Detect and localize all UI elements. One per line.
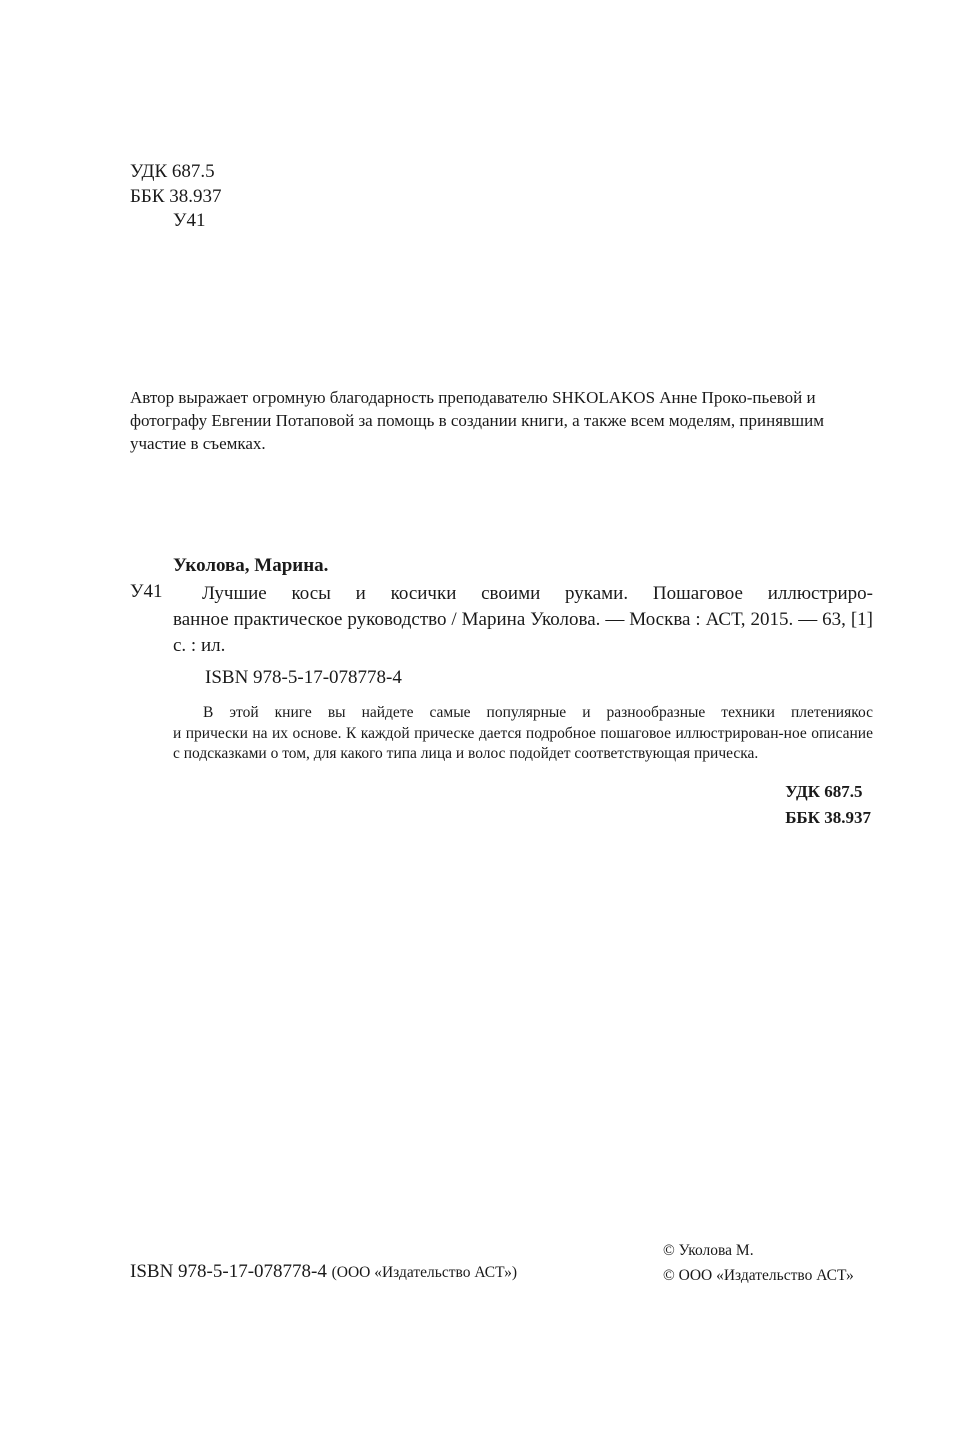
bbk-code: ББК 38.937 xyxy=(130,185,222,210)
footer-isbn-number: ISBN 978-5-17-078778-4 xyxy=(130,1261,327,1282)
author-mark-code: У41 xyxy=(130,581,162,603)
title-rest: ванное практическое руководство / Марина… xyxy=(173,609,873,656)
title-line-1: Лучшие косы и косички своими руками. Пош… xyxy=(173,581,873,607)
annotation: В этой книге вы найдете самые популярные… xyxy=(173,703,873,765)
copyright-block: © Уколова М. © ООО «Издательство АСТ» xyxy=(663,1238,854,1288)
isbn-record: ISBN 978-5-17-078778-4 xyxy=(205,667,402,689)
record-udk: УДК 687.5 xyxy=(785,779,871,805)
footer-isbn: ISBN 978-5-17-078778-4 (ООО «Издательств… xyxy=(130,1261,517,1283)
record-bbk: ББК 38.937 xyxy=(785,805,871,831)
annotation-rest: и прически на их основе. К каждой причес… xyxy=(173,725,873,763)
annotation-line-1: В этой книге вы найдете самые популярные… xyxy=(173,703,873,724)
copyright-publisher: © ООО «Издательство АСТ» xyxy=(663,1263,854,1288)
copyright-author: © Уколова М. xyxy=(663,1238,854,1263)
record-classification: УДК 687.5 ББК 38.937 xyxy=(785,779,871,831)
author-mark: У41 xyxy=(130,209,222,234)
book-title-record: Лучшие косы и косички своими руками. Пош… xyxy=(173,581,873,659)
acknowledgement-text: Автор выражает огромную благодарность пр… xyxy=(130,386,875,455)
classification-block: УДК 687.5 ББК 38.937 У41 xyxy=(130,160,222,234)
author-heading: Уколова, Марина. xyxy=(173,555,328,577)
udk-code: УДК 687.5 xyxy=(130,160,222,185)
footer-isbn-publisher: (ООО «Издательство АСТ») xyxy=(332,1264,517,1281)
